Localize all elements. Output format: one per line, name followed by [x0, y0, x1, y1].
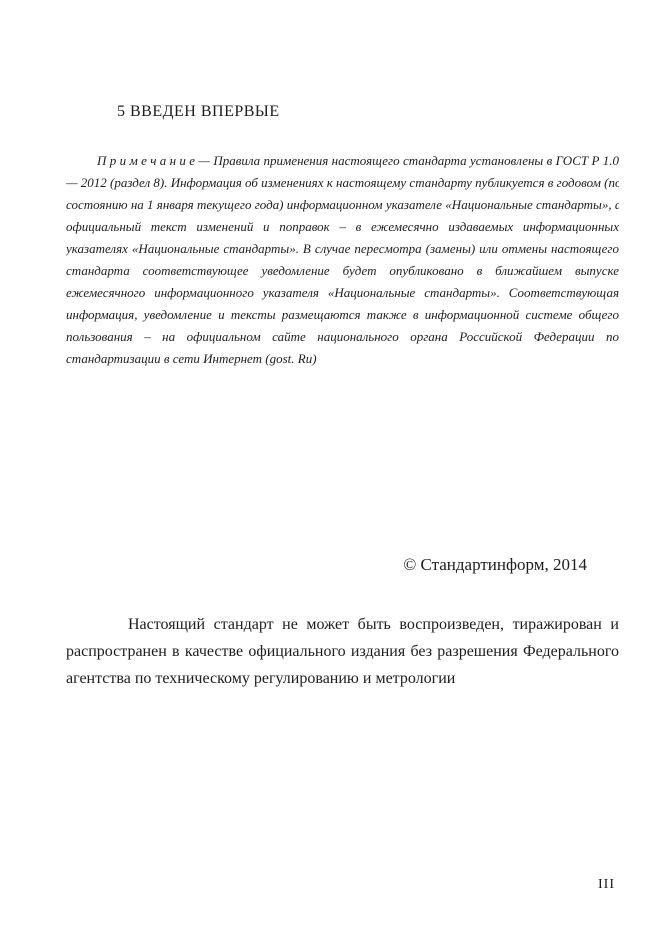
disclaimer-line: Настоящий стандарт не может быть воспрои… — [66, 611, 619, 638]
disclaimer-line: распространен в качестве официального из… — [66, 638, 619, 665]
note-line: информация, уведомление и тексты размеща… — [66, 304, 619, 326]
copyright-notice: © Стандартинформ, 2014 — [403, 555, 587, 575]
note-line: — 2012 (раздел 8). Информация об изменен… — [66, 172, 619, 194]
note-line: официальный текст изменений и поправок –… — [66, 216, 619, 238]
note-line: стандарта соответствующее уведомление бу… — [66, 260, 619, 282]
note-line: ежемесячного информационного указателя «… — [66, 282, 619, 304]
document-page: 5 ВВЕДЕН ВПЕРВЫЕ П р и м е ч а н и е — П… — [0, 0, 661, 935]
note-line: состоянию на 1 января текущего года) инф… — [66, 194, 619, 216]
note-paragraph: П р и м е ч а н и е — Правила применения… — [66, 150, 619, 370]
note-line: стандартизации в сети Интернет (gost. Ru… — [66, 348, 619, 370]
page-number: III — [598, 877, 615, 893]
reproduction-disclaimer: Настоящий стандарт не может быть воспрои… — [66, 611, 619, 692]
note-line: пользования – на официальном сайте нацио… — [66, 326, 619, 348]
note-line: указателях «Национальные стандарты». В с… — [66, 238, 619, 260]
disclaimer-line: агентства по техническому регулированию … — [66, 665, 619, 692]
section-heading: 5 ВВЕДЕН ВПЕРВЫЕ — [117, 103, 280, 121]
note-line: П р и м е ч а н и е — Правила применения… — [66, 150, 619, 172]
